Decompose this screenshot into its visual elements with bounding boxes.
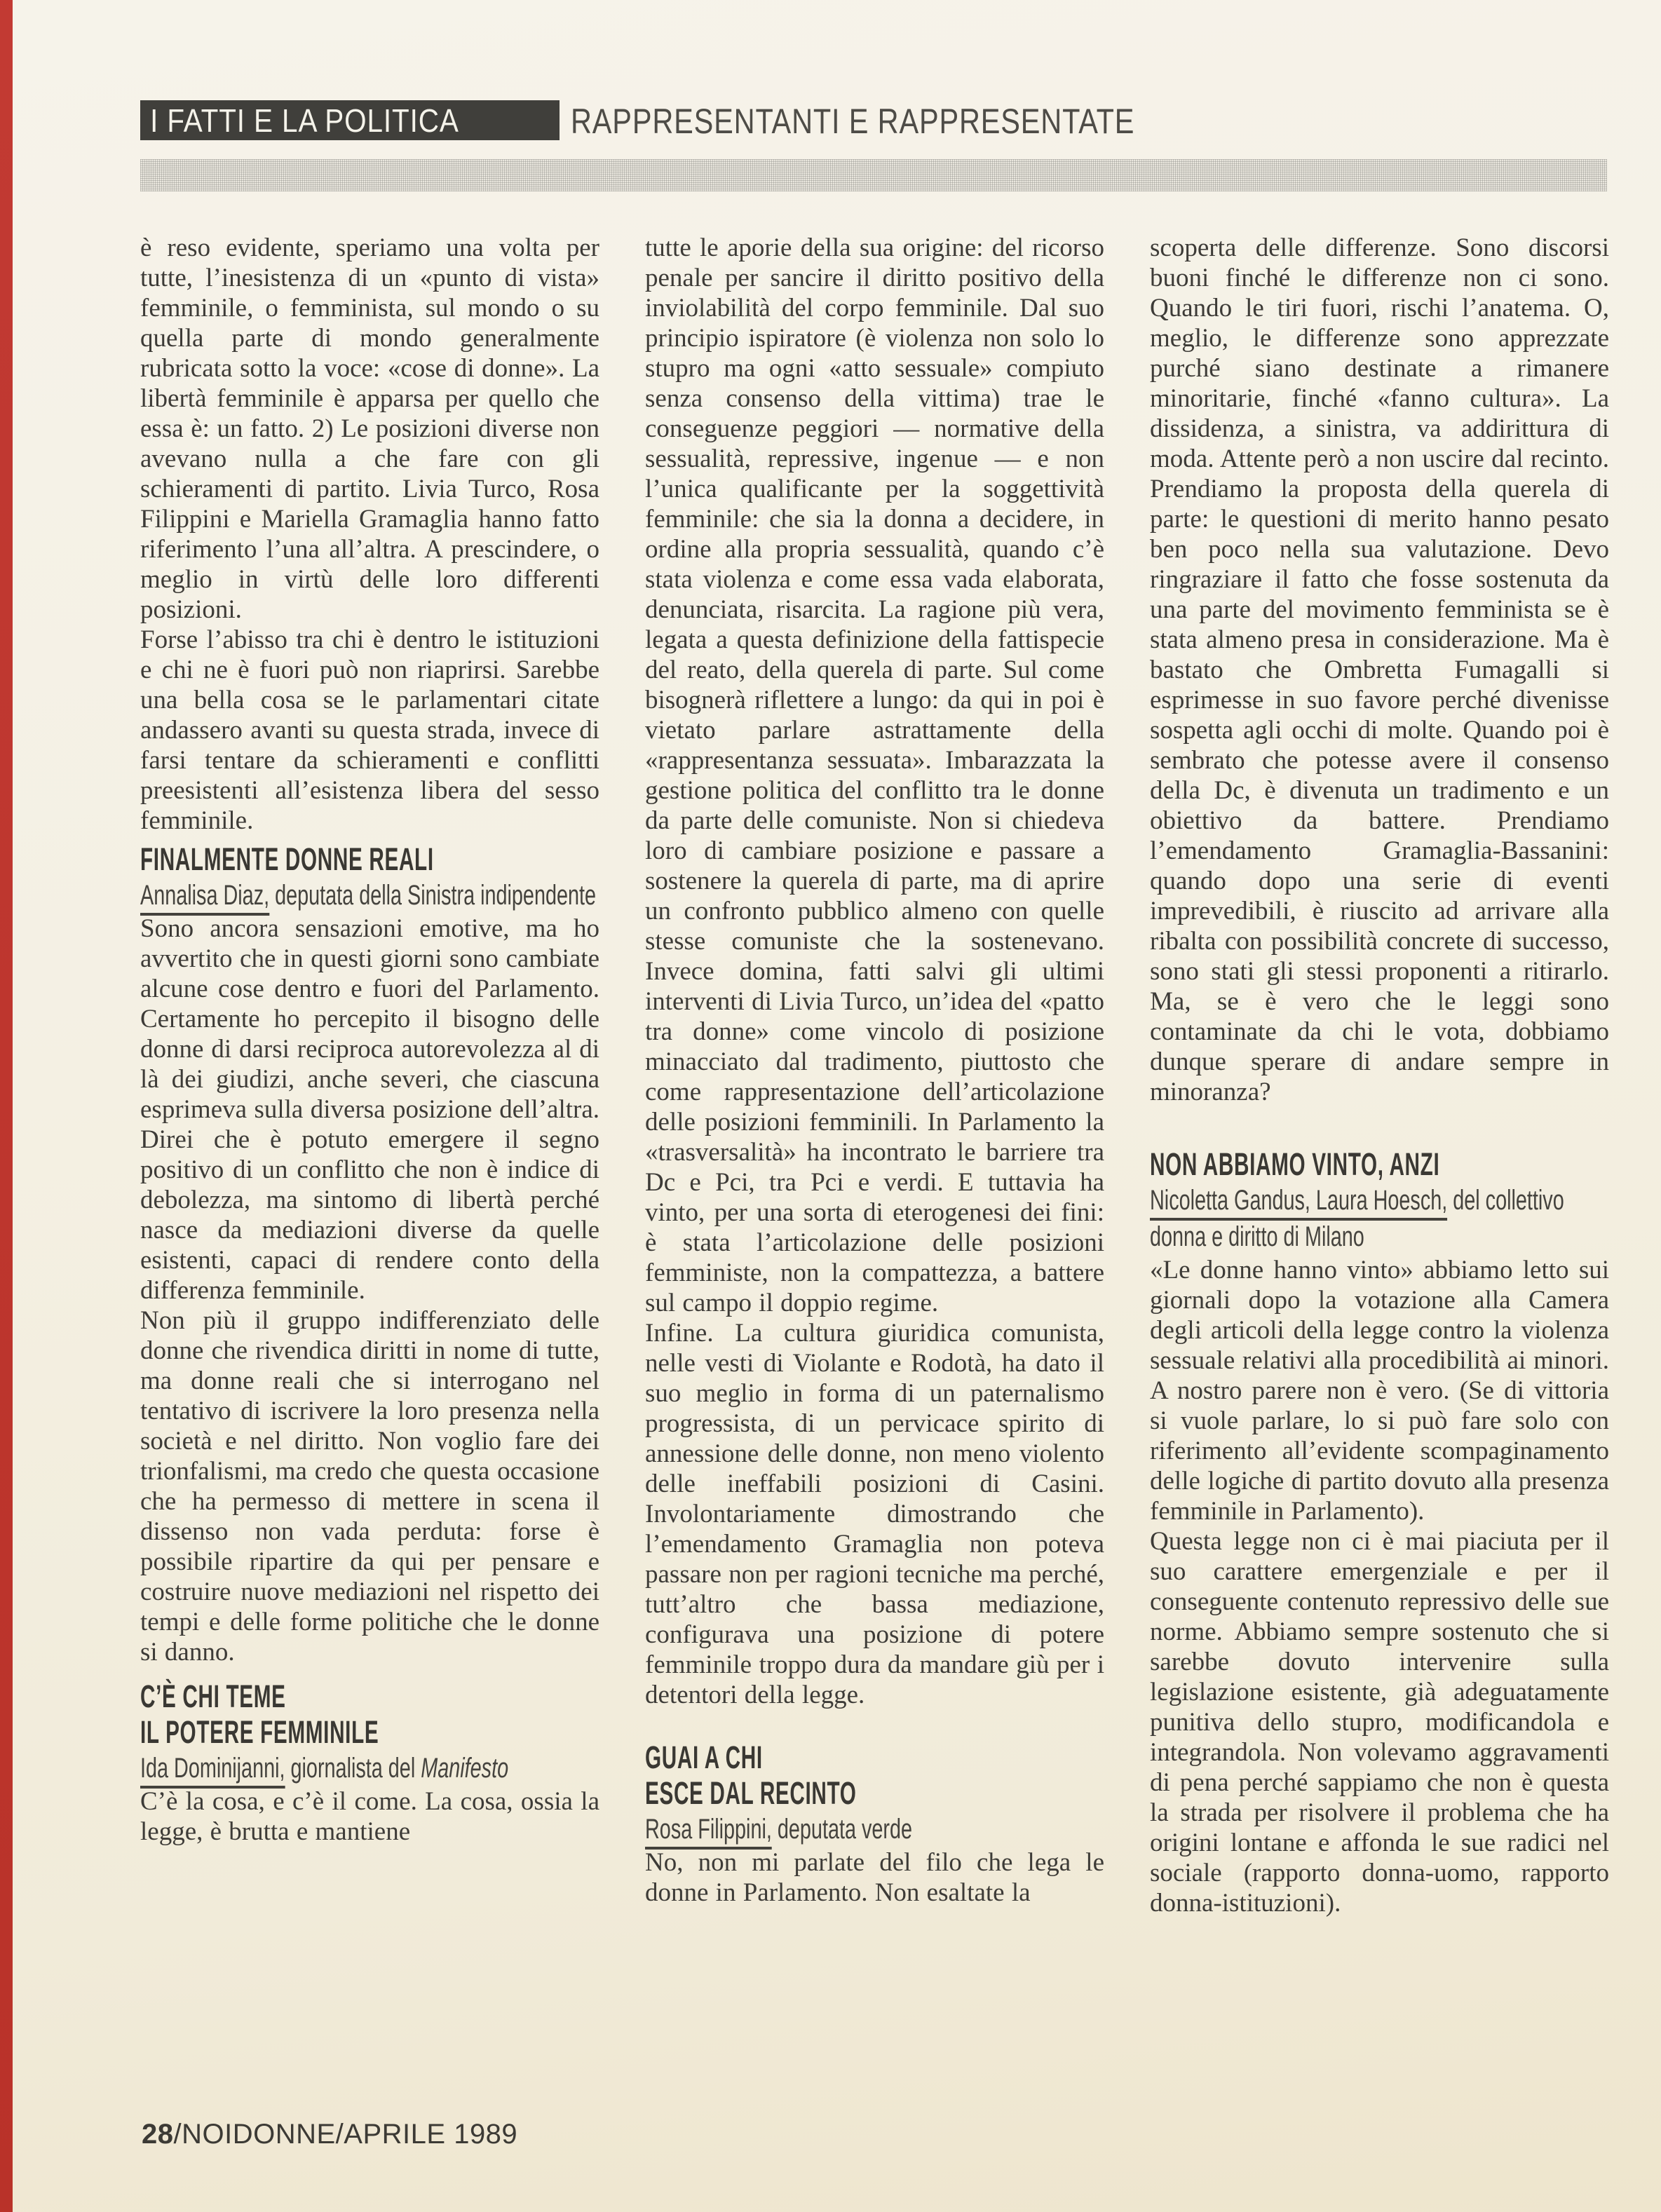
article-heading-ce-chi-teme: C’È CHI TEME IL POTERE FEMMINILE	[140, 1678, 443, 1750]
article-paragraph: Questa legge non ci è mai piaciuta per i…	[1150, 1526, 1609, 1918]
heading-line: IL POTERE FEMMINILE	[140, 1714, 443, 1750]
heading-line: ESCE DAL RECINTO	[645, 1775, 948, 1811]
magazine-page: I FATTI E LA POLITICA RAPPRESENTANTI E R…	[0, 0, 1661, 2212]
byline-gandus-hoesch: Nicoletta Gandus, Laura Hoesch, del coll…	[1150, 1182, 1609, 1255]
heading-line: C’È CHI TEME	[140, 1678, 443, 1714]
article-paragraph: No, non mi parlate del filo che lega le …	[645, 1847, 1104, 1908]
article-paragraph: C’è la cosa, e c’è il come. La cosa, oss…	[140, 1786, 599, 1847]
column-2: tutte le aporie della sua origine: del r…	[645, 233, 1104, 2120]
decorative-halftone-band	[140, 159, 1607, 191]
heading-line: FINALMENTE DONNE REALI	[140, 841, 443, 877]
column-3: scoperta delle differenze. Sono discorsi…	[1150, 233, 1609, 2120]
article-paragraph: Forse l’abisso tra chi è dentro le istit…	[140, 625, 599, 836]
folio-text: /NOIDONNE/APRILE 1989	[174, 2119, 518, 2150]
article-heading-non-abbiamo-vinto: NON ABBIAMO VINTO, ANZI	[1150, 1146, 1453, 1182]
column-1: è reso evidente, speriamo una volta per …	[140, 233, 599, 2120]
article-paragraph: tutte le aporie della sua origine: del r…	[645, 233, 1104, 1318]
article-paragraph: Sono ancora sensazioni emotive, ma ho av…	[140, 914, 599, 1305]
page-folio: 28/NOIDONNE/APRILE 1989	[142, 2119, 517, 2150]
author-name: Nicoletta Gandus, Laura Hoesch,	[1150, 1185, 1447, 1221]
section-kicker-box: I FATTI E LA POLITICA	[140, 100, 560, 140]
article-heading-guai-a-chi: GUAI A CHI ESCE DAL RECINTO	[645, 1739, 948, 1811]
author-role: giornalista del	[285, 1753, 421, 1784]
heading-line: NON ABBIAMO VINTO, ANZI	[1150, 1146, 1453, 1182]
page-title: RAPPRESENTANTI E RAPPRESENTATE	[571, 102, 1134, 140]
byline-rosa-filippini: Rosa Filippini, deputata verde	[645, 1811, 1104, 1847]
author-role: deputata verde	[772, 1814, 912, 1845]
byline-annalisa-diaz: Annalisa Diaz, deputata della Sinistra i…	[140, 877, 599, 914]
page-number: 28	[142, 2119, 174, 2150]
author-name: Annalisa Diaz,	[140, 880, 269, 916]
author-name: Ida Dominijanni,	[140, 1753, 285, 1789]
article-paragraph: scoperta delle differenze. Sono discorsi…	[1150, 233, 1609, 1107]
byline-ida-dominijanni: Ida Dominijanni, giornalista del Manifes…	[140, 1750, 599, 1786]
scan-edge-strip	[0, 0, 13, 2212]
article-paragraph: Infine. La cultura giuridica comunista, …	[645, 1318, 1104, 1710]
section-kicker-label: I FATTI E LA POLITICA	[140, 102, 459, 140]
article-paragraph: Non più il gruppo indifferenziato delle …	[140, 1305, 599, 1667]
article-paragraph: è reso evidente, speriamo una volta per …	[140, 233, 599, 625]
publication-name: Manifesto	[421, 1753, 508, 1784]
heading-line: GUAI A CHI	[645, 1739, 948, 1775]
article-paragraph: «Le donne hanno vinto» abbiamo letto sui…	[1150, 1255, 1609, 1526]
author-role: deputata della Sinistra indipendente	[269, 880, 596, 911]
article-heading-finalmente-donne-reali: FINALMENTE DONNE REALI	[140, 841, 443, 877]
author-name: Rosa Filippini,	[645, 1814, 772, 1850]
